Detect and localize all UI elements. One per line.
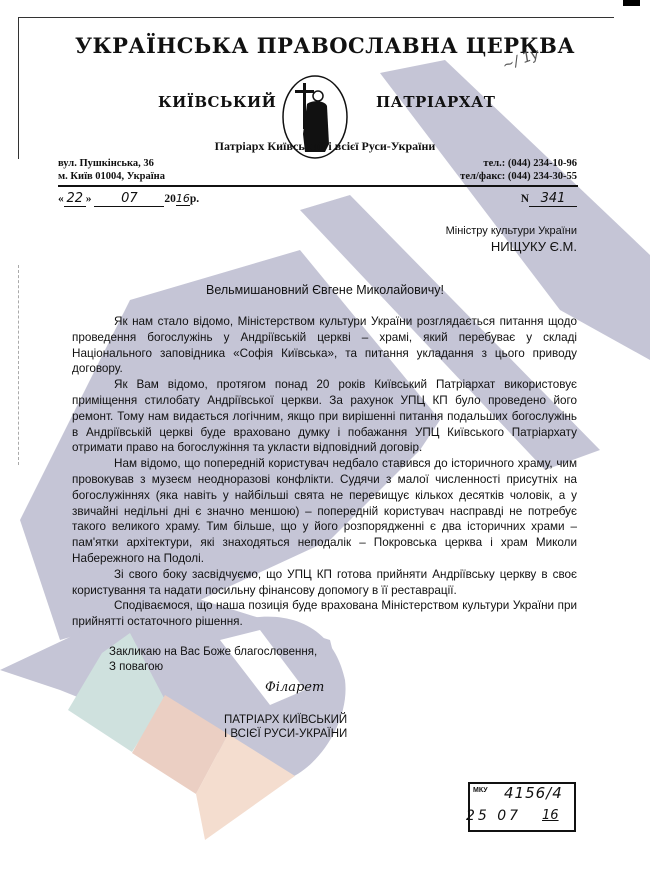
addressee-title: Міністру культури України — [446, 224, 577, 239]
letter-page: УКРАЇНСЬКА ПРАВОСЛАВНА ЦЕРКВА ~/ 1y КИЇВ… — [0, 0, 650, 888]
stamp-date: 25 07 — [466, 808, 521, 824]
letterhead-frame-top — [18, 17, 614, 18]
stamp-label: МКУ — [473, 787, 488, 794]
handwritten-signature: Філарет — [265, 680, 324, 695]
closing-regards: З повагою — [109, 660, 317, 675]
addressee-block: Міністру культури України НИЩУКУ Є.М. — [446, 224, 577, 254]
church-name-title: УКРАЇНСЬКА ПРАВОСЛАВНА ЦЕРКВА — [0, 33, 650, 58]
signer-title-1: ПАТРІАРХ КИЇВСЬКИЙ — [224, 713, 347, 727]
date-day: 22 — [64, 191, 86, 207]
incoming-registration-stamp: МКУ 4156/4 25 07 16 — [468, 782, 576, 832]
date-month: 07 — [94, 191, 164, 207]
letter-body: Як нам стало відомо, Міністерством культ… — [72, 314, 577, 630]
date-year-suffix: 16 — [176, 192, 190, 206]
phone-fax: тел/факс: (044) 234-30-55 — [460, 170, 577, 183]
paragraph: Сподіваємося, що наша позиція буде врахо… — [72, 598, 577, 630]
salutation: Вельмишановний Євгене Миколайовичу! — [0, 283, 650, 297]
paragraph: Як Вам відомо, протягом понад 20 років К… — [72, 377, 577, 456]
stamp-incoming-number: 4156/4 — [504, 784, 563, 802]
number-value: 341 — [529, 191, 577, 207]
signer-block: ПАТРІАРХ КИЇВСЬКИЙ І ВСІЄЇ РУСИ-УКРАЇНИ — [224, 713, 347, 741]
paragraph: Зі свого боку засвідчуємо, що УПЦ КП гот… — [72, 567, 577, 599]
signer-title-2: І ВСІЄЇ РУСИ-УКРАЇНИ — [224, 727, 347, 741]
closing-blessing: Закликаю на Вас Боже благословення, — [109, 645, 317, 660]
registration-date: «22» 072016р. — [58, 191, 199, 207]
postal-address: вул. Пушкінська, 36 м. Київ 01004, Украї… — [58, 157, 165, 183]
phone-numbers: тел.: (044) 234-10-96 тел/факс: (044) 23… — [460, 157, 577, 183]
phone: тел.: (044) 234-10-96 — [460, 157, 577, 170]
scan-corner-mark — [623, 0, 640, 6]
address-city: м. Київ 01004, Україна — [58, 170, 165, 183]
letterhead-right-word: ПАТРІАРХАТ — [376, 93, 495, 111]
closing-block: Закликаю на Вас Боже благословення, З по… — [109, 645, 317, 675]
date-year-end: р. — [190, 193, 199, 205]
date-year-prefix: 20 — [164, 193, 176, 205]
paragraph: Нам відомо, що попередній користувач нед… — [72, 456, 577, 567]
paragraph: Як нам стало відомо, Міністерством культ… — [72, 314, 577, 377]
address-street: вул. Пушкінська, 36 — [58, 157, 165, 170]
registration-number: N341 — [521, 191, 577, 207]
letterhead-left-word: КИЇВСЬКИЙ — [158, 93, 276, 111]
letterhead-divider — [58, 185, 578, 187]
stamp-year: 16 — [542, 808, 559, 823]
letterhead-subtitle: Патріарх Київський і всієї Руси-України — [0, 139, 650, 154]
addressee-name: НИЩУКУ Є.М. — [446, 239, 577, 254]
number-label: N — [521, 193, 529, 205]
